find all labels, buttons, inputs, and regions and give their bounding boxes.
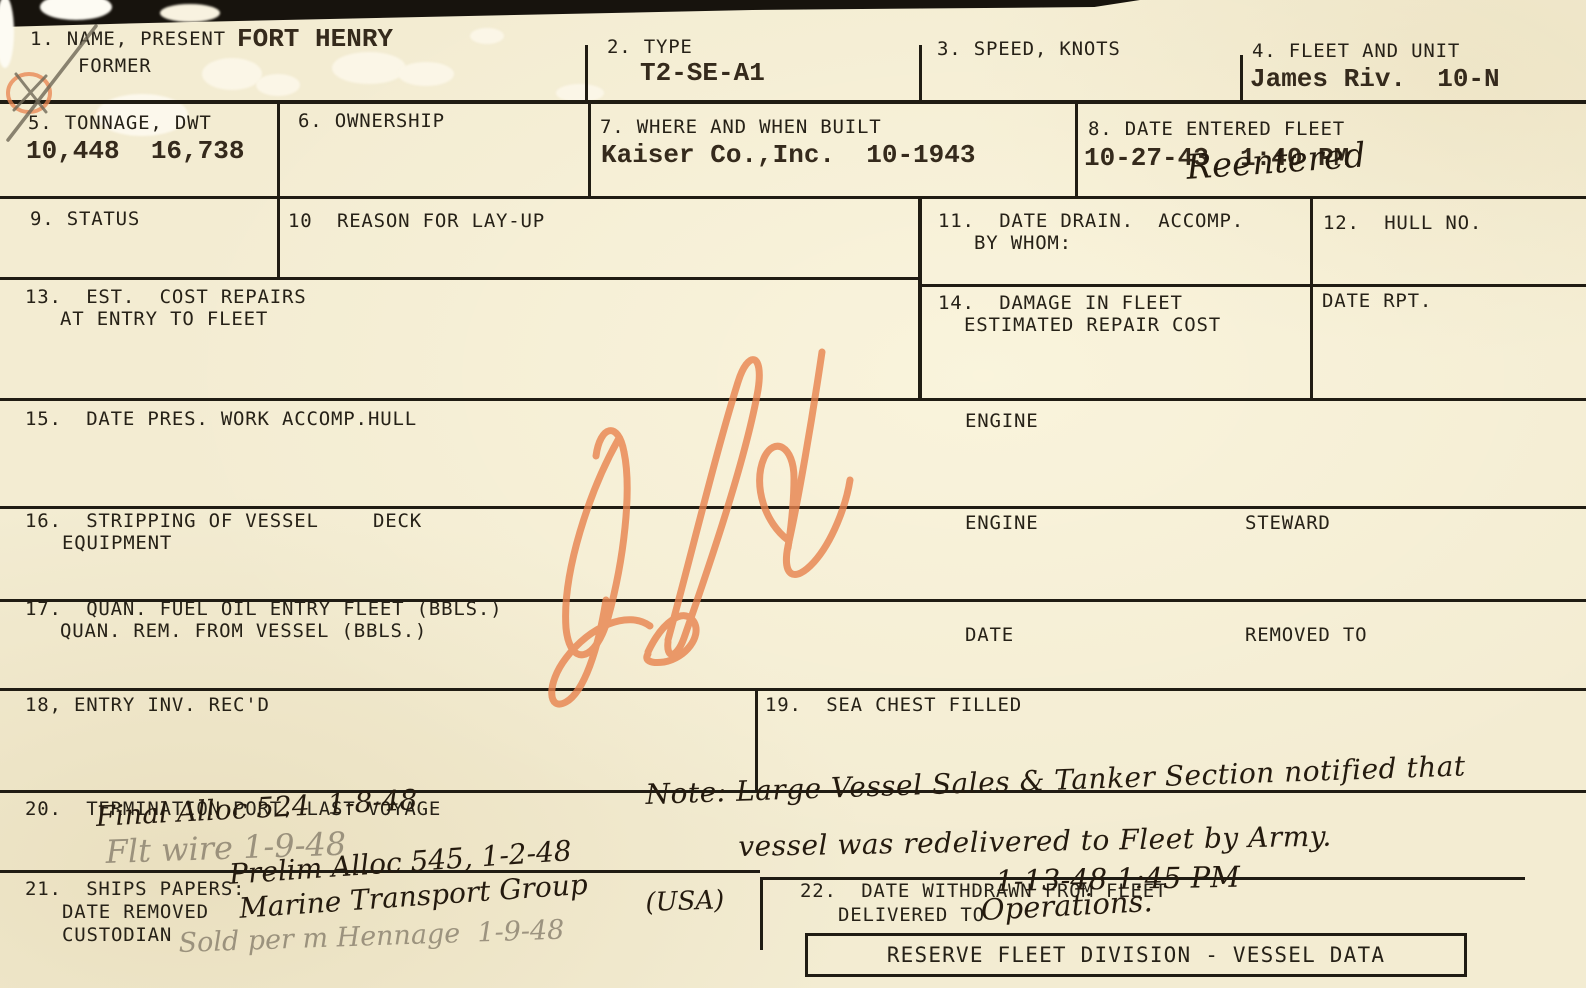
rule-row4-bottom	[0, 398, 1586, 401]
field-16-label: 16. STRIPPING OF VESSEL	[25, 510, 319, 532]
field-14-label: 14. DAMAGE IN FLEET	[938, 292, 1183, 314]
field-15-label: 15. DATE PRES. WORK ACCOMP.	[25, 408, 368, 430]
field-4-label: 4. FLEET AND UNIT	[1252, 40, 1460, 62]
field-1-value-name: FORT HENRY	[237, 24, 393, 54]
field-16-steward-label: STEWARD	[1245, 512, 1331, 534]
divider-11-12	[1310, 196, 1313, 400]
field-11-label: 11. DATE DRAIN. ACCOMP.	[938, 210, 1244, 232]
field-21-label: 21. SHIPS PAPERS:	[25, 878, 245, 900]
field-8-label: 8. DATE ENTERED FLEET	[1088, 118, 1345, 140]
paper-damage	[470, 28, 504, 44]
field-5-label: 5. TONNAGE, DWT	[28, 112, 212, 134]
paper-damage	[332, 52, 406, 84]
field-17-date-label: DATE	[965, 624, 1014, 646]
vessel-data-card: 1. NAME, PRESENT FORMER FORT HENRY 2. TY…	[0, 0, 1586, 988]
field-22-label-delivered-to: DELIVERED TO	[838, 904, 985, 926]
rule-row3-right-bottom	[920, 284, 1586, 287]
paper-damage	[256, 74, 300, 96]
handwriting-note-line2: vessel was redelivered to Fleet by Army.	[738, 820, 1332, 863]
field-6-label: 6. OWNERSHIP	[298, 110, 445, 132]
field-16-engine-label: ENGINE	[965, 512, 1038, 534]
divider-6-7	[588, 102, 591, 197]
field-12-label: 12. HULL NO.	[1323, 212, 1482, 234]
paper-tear	[160, 4, 220, 22]
field-3-label: 3. SPEED, KNOTS	[937, 38, 1121, 60]
field-16-label-line2: EQUIPMENT	[62, 532, 172, 554]
divider-3-4	[1240, 55, 1243, 102]
field-17-label: 17. QUAN. FUEL OIL ENTRY FLEET (BBLS.)	[25, 598, 502, 620]
field-10-label: 10 REASON FOR LAY-UP	[288, 210, 545, 232]
rule-row1-bottom	[0, 100, 1586, 104]
divider-1-2	[585, 45, 588, 102]
divider-5-6-9-10	[277, 102, 280, 278]
sold-crayon-mark	[552, 352, 850, 704]
handwriting-note-line1: Note: Large Vessel Sales & Tanker Sectio…	[645, 749, 1466, 811]
field-1-label-former: FORMER	[78, 55, 151, 77]
pencil-x-mark	[14, 74, 46, 112]
field-13-label: 13. EST. COST REPAIRS	[25, 286, 307, 308]
rule-row5-bottom	[0, 506, 1586, 509]
field-19-label: 19. SEA CHEST FILLED	[765, 694, 1022, 716]
orange-circle-mark	[8, 74, 50, 112]
field-13-label-line2: AT ENTRY TO FLEET	[60, 308, 268, 330]
divider-21-22	[760, 877, 763, 950]
field-5-value-tonnage: 10,448 16,738	[26, 136, 244, 166]
field-16-deck-label: DECK	[373, 510, 422, 532]
divider-2-3	[919, 45, 922, 102]
field-21-label-custodian: CUSTODIAN	[62, 924, 172, 946]
field-2-label: 2. TYPE	[607, 36, 693, 58]
rule-row7-bottom	[0, 688, 1586, 691]
paper-damage	[202, 58, 262, 90]
field-4-value-fleet: James Riv. 10-N	[1250, 64, 1500, 94]
paper-damage	[398, 62, 454, 86]
field-7-value-built: Kaiser Co.,Inc. 10-1943	[601, 140, 975, 170]
field-9-label: 9. STATUS	[30, 208, 140, 230]
divider-10-11	[918, 196, 922, 400]
field-15-hull-label: HULL	[368, 408, 417, 430]
field-14-label-line2: ESTIMATED REPAIR COST	[964, 314, 1221, 336]
paper-tear	[0, 0, 14, 68]
field-17-label-line2: QUAN. REM. FROM VESSEL (BBLS.)	[60, 620, 427, 642]
field-21-label-date-removed: DATE REMOVED	[62, 901, 209, 923]
handwriting-usa: (USA)	[645, 885, 725, 918]
handwriting-sold-hennage: Sold per m Hennage 1-9-48	[178, 915, 565, 959]
footer-title: RESERVE FLEET DIVISION - VESSEL DATA	[887, 943, 1385, 967]
field-1-label: 1. NAME, PRESENT	[30, 28, 226, 50]
rule-row3-left-bottom	[0, 277, 920, 280]
divider-7-8	[1075, 102, 1078, 197]
field-14-date-rpt-label: DATE RPT.	[1322, 290, 1432, 312]
rule-row2-bottom	[0, 196, 1586, 199]
field-11-label-by-whom: BY WHOM:	[974, 232, 1072, 254]
field-18-label: 18, ENTRY INV. REC'D	[25, 694, 270, 716]
field-15-engine-label: ENGINE	[965, 410, 1038, 432]
field-7-label: 7. WHERE AND WHEN BUILT	[600, 116, 882, 138]
field-2-value-type: T2-SE-A1	[640, 58, 765, 88]
footer-title-box: RESERVE FLEET DIVISION - VESSEL DATA	[805, 933, 1467, 977]
field-17-removed-to-label: REMOVED TO	[1245, 624, 1367, 646]
